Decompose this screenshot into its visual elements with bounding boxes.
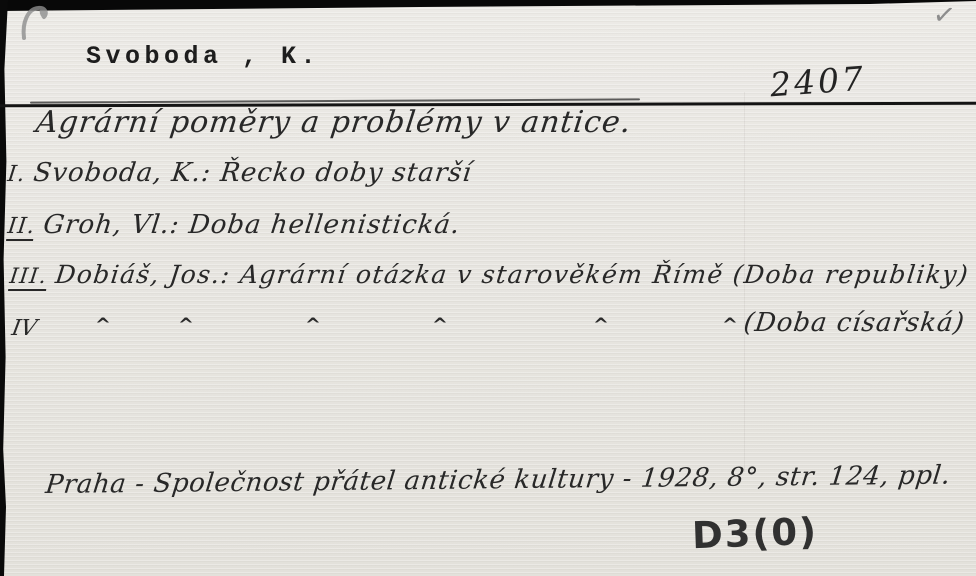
card-title: Agrární poměry a problémy v antice. <box>34 105 633 140</box>
entry-numeral-3: III. <box>8 264 49 291</box>
ditto-mark: ^ <box>593 314 609 336</box>
ditto-mark: ^ <box>305 314 321 336</box>
entry-text-2: Groh, Vl.: Doba hellenistická. <box>42 210 463 240</box>
entry-line-2: II.Groh, Vl.: Doba hellenistická. <box>6 210 462 241</box>
entry-numeral-1: I. <box>6 161 27 187</box>
classification-code: D3(0) <box>691 510 818 557</box>
entry-text-3: Dobiáš, Jos.: Agrární otázka v starověké… <box>54 260 971 289</box>
check-icon: ✓ <box>931 0 958 32</box>
author-heading: Svoboda , K. <box>86 42 320 71</box>
ditto-mark: ^ <box>722 314 738 336</box>
ditto-mark: ^ <box>432 314 448 336</box>
catalog-card-scan: Svoboda , K. ✓ 2407 Agrární poměry a pro… <box>0 0 976 576</box>
scan-edge-top <box>0 0 976 12</box>
scan-edge-left <box>0 0 8 576</box>
entry-line-3: III.Dobiáš, Jos.: Agrární otázka v staro… <box>8 260 971 291</box>
entry-text-4: (Doba císařská) <box>742 308 967 338</box>
imprint-line: Praha - Společnost přátel antické kultur… <box>44 461 952 500</box>
accession-number: 2407 <box>769 59 867 105</box>
pencil-stroke-icon <box>20 4 54 46</box>
entry-text-1: Svoboda, K.: Řecko doby starší <box>32 158 474 188</box>
ditto-mark: ^ <box>178 314 194 336</box>
entry-line-1: I.Svoboda, K.: Řecko doby starší <box>6 158 474 188</box>
entry-numeral-4: IV <box>10 316 39 341</box>
entry-numeral-2: II. <box>6 213 37 241</box>
ditto-mark: ^ <box>95 314 111 336</box>
